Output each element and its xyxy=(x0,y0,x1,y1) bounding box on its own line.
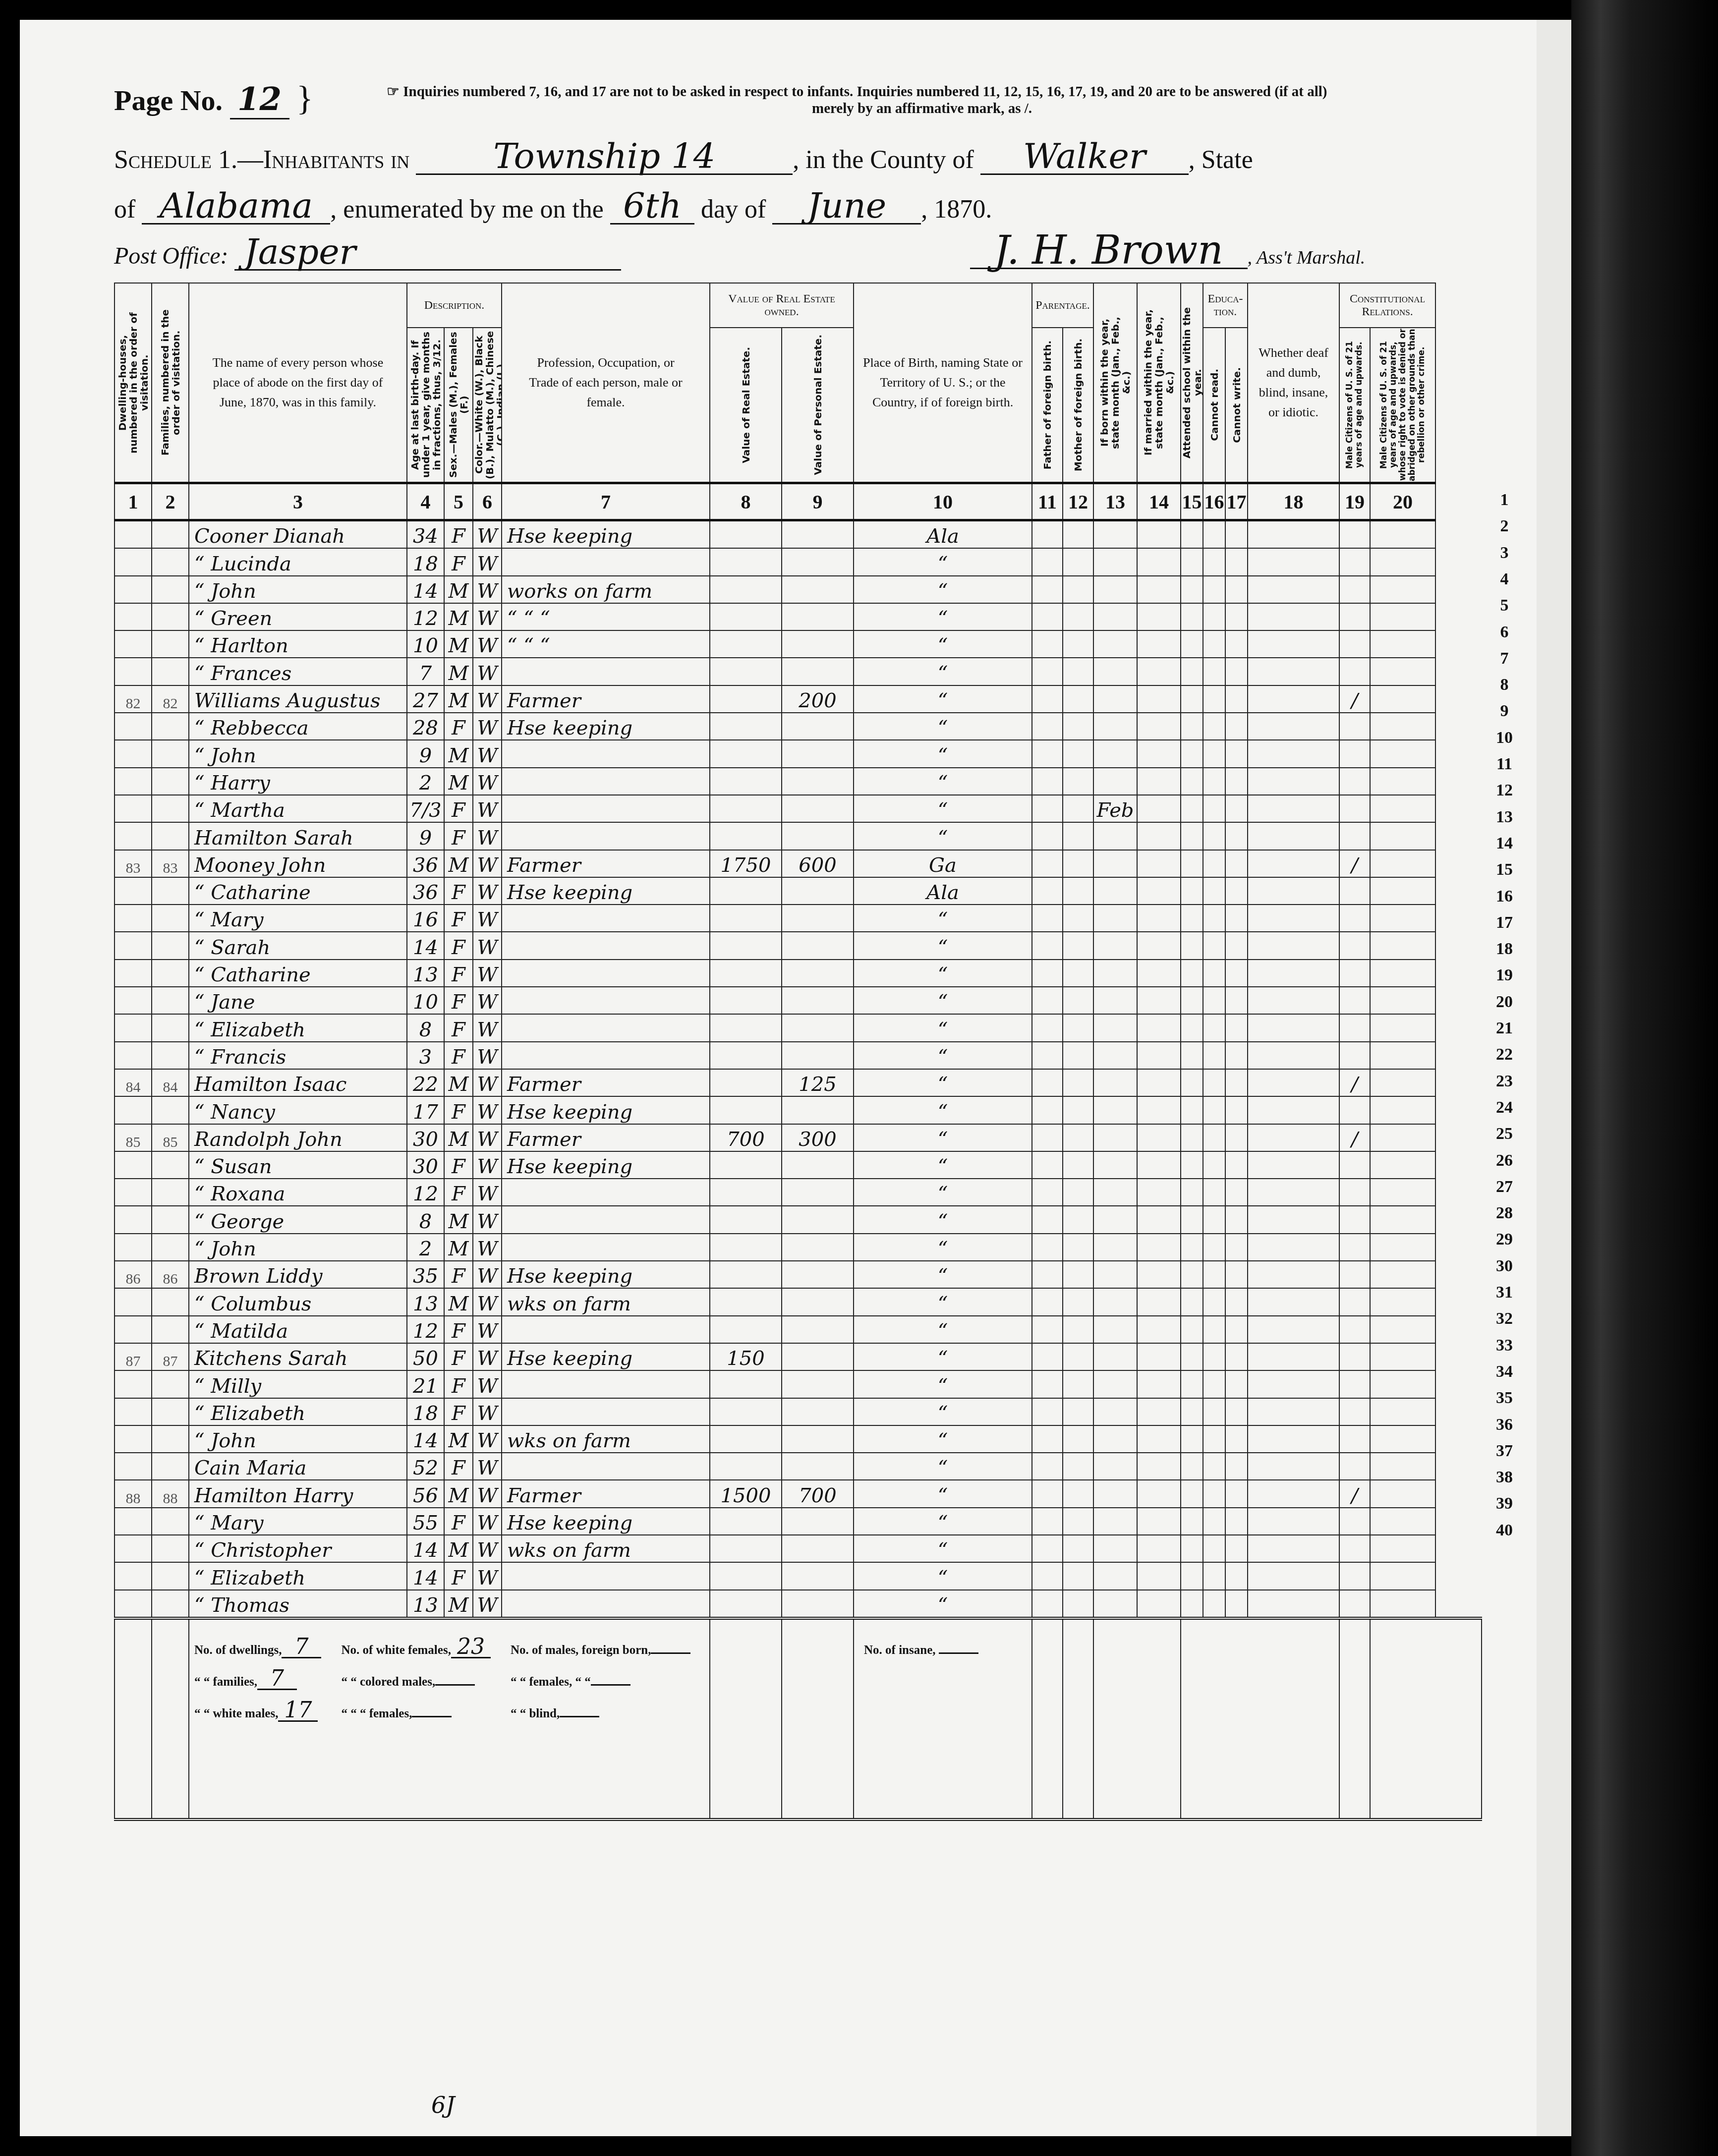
occupation: wks on farm xyxy=(502,1535,710,1562)
cannot-write xyxy=(1225,877,1248,905)
colored-females-label: “ “ “ females, xyxy=(341,1707,412,1720)
personal-estate-value: 700 xyxy=(782,1480,854,1507)
father-foreign xyxy=(1032,1425,1063,1453)
real-estate-value xyxy=(710,1535,782,1562)
married-month xyxy=(1137,987,1181,1014)
sex: F xyxy=(444,1096,473,1124)
person-name: “ Sarah xyxy=(189,932,407,959)
occupation: Hse keeping xyxy=(502,713,710,740)
person-name: “ John xyxy=(189,1234,407,1261)
birthplace: “ xyxy=(854,1398,1032,1425)
father-foreign xyxy=(1032,795,1063,822)
age: 36 xyxy=(407,877,444,905)
occupation xyxy=(502,1014,710,1041)
birthplace: “ xyxy=(854,1206,1032,1233)
father-foreign xyxy=(1032,1562,1063,1589)
sex: M xyxy=(444,685,473,713)
person-name: “ Harlton xyxy=(189,630,407,658)
col-num: 16 xyxy=(1203,483,1225,520)
personal-estate-value xyxy=(782,1261,854,1288)
dwelling-number xyxy=(115,1535,152,1562)
family-number xyxy=(152,713,189,740)
father-foreign xyxy=(1032,1535,1063,1562)
real-estate-value xyxy=(710,822,782,850)
vote-denied xyxy=(1370,1425,1435,1453)
table-row: Cain Maria52FW“ xyxy=(115,1453,1482,1480)
father-foreign xyxy=(1032,1042,1063,1069)
dwelling-number xyxy=(115,1288,152,1315)
male-citizen-21: / xyxy=(1339,850,1370,877)
table-row: “ Matilda12FW“ xyxy=(115,1316,1482,1343)
table-row: “ Harlton10MW“ “ ““ xyxy=(115,630,1482,658)
county-field: Walker xyxy=(980,139,1189,175)
age: 2 xyxy=(407,1234,444,1261)
real-estate-value xyxy=(710,795,782,822)
post-office-label: Post Office: xyxy=(114,243,229,269)
cannot-read xyxy=(1203,740,1225,767)
born-month xyxy=(1093,1398,1137,1425)
dwelling-number: 88 xyxy=(115,1480,152,1507)
subdivision-field: Township 14 xyxy=(416,139,793,175)
sex: M xyxy=(444,740,473,767)
person-name: Kitchens Sarah xyxy=(189,1343,407,1370)
person-name: Cooner Dianah xyxy=(189,520,407,549)
attended-school xyxy=(1181,1124,1203,1151)
line-number: 15 xyxy=(1489,860,1519,879)
cannot-write xyxy=(1225,1425,1248,1453)
dwelling-number xyxy=(115,822,152,850)
cannot-read xyxy=(1203,1234,1225,1261)
cannot-write xyxy=(1225,1590,1248,1618)
line-number: 35 xyxy=(1489,1389,1519,1408)
family-number xyxy=(152,740,189,767)
deaf-blind-insane xyxy=(1248,1124,1339,1151)
age: 14 xyxy=(407,1425,444,1453)
person-name: “ Mary xyxy=(189,905,407,932)
attended-school xyxy=(1181,520,1203,549)
family-number xyxy=(152,1096,189,1124)
married-month xyxy=(1137,1206,1181,1233)
state-label: , State xyxy=(1189,146,1253,174)
male-citizen-21 xyxy=(1339,1206,1370,1233)
birthplace: “ xyxy=(854,576,1032,603)
dwelling-number xyxy=(115,1562,152,1589)
family-number xyxy=(152,1014,189,1041)
male-citizen-21: / xyxy=(1339,1480,1370,1507)
marshal-label: , Ass't Marshal. xyxy=(1248,247,1366,268)
mother-foreign xyxy=(1063,1453,1093,1480)
deaf-blind-insane xyxy=(1248,1261,1339,1288)
mother-foreign xyxy=(1063,1261,1093,1288)
person-name: “ Elizabeth xyxy=(189,1014,407,1041)
footer-mark: 6J xyxy=(431,2092,455,2118)
birthplace: “ xyxy=(854,740,1032,767)
real-estate-value xyxy=(710,1042,782,1069)
cannot-write xyxy=(1225,932,1248,959)
cannot-read xyxy=(1203,1069,1225,1096)
personal-estate-value xyxy=(782,1042,854,1069)
real-estate-value xyxy=(710,1014,782,1041)
blind-value xyxy=(560,1716,599,1717)
attended-school xyxy=(1181,822,1203,850)
person-name: “ George xyxy=(189,1206,407,1233)
vote-denied xyxy=(1370,932,1435,959)
summary-col-b: No. of white females,23 “ “ colored male… xyxy=(341,1635,490,1730)
cannot-read xyxy=(1203,685,1225,713)
dwelling-number xyxy=(115,987,152,1014)
cannot-read xyxy=(1203,960,1225,987)
personal-estate-value xyxy=(782,768,854,795)
dwelling-number xyxy=(115,768,152,795)
inquiry-note: ☞ Inquiries numbered 7, 16, and 17 are n… xyxy=(387,83,1507,117)
married-month xyxy=(1137,960,1181,987)
age: 22 xyxy=(407,1069,444,1096)
person-name: “ Elizabeth xyxy=(189,1398,407,1425)
mother-foreign xyxy=(1063,850,1093,877)
deaf-blind-insane xyxy=(1248,1014,1339,1041)
enumerated-label: , enumerated by me on the xyxy=(330,195,604,224)
deaf-blind-insane xyxy=(1248,1069,1339,1096)
married-month xyxy=(1137,1179,1181,1206)
birthplace: Ala xyxy=(854,520,1032,549)
birthplace: “ xyxy=(854,1261,1032,1288)
mother-foreign xyxy=(1063,1069,1093,1096)
male-citizen-21 xyxy=(1339,1288,1370,1315)
col-num: 11 xyxy=(1032,483,1063,520)
deaf-blind-insane xyxy=(1248,548,1339,575)
table-row: Hamilton Sarah9FW“ xyxy=(115,822,1482,850)
color: W xyxy=(473,713,502,740)
page-edge xyxy=(1537,20,1571,2136)
table-row: 8383Mooney John36MWFarmer1750600Ga/ xyxy=(115,850,1482,877)
cannot-write xyxy=(1225,905,1248,932)
summary-blank xyxy=(1339,1618,1370,1819)
table-row: “ Thomas13MW“ xyxy=(115,1590,1482,1618)
occupation: Farmer xyxy=(502,685,710,713)
attended-school xyxy=(1181,905,1203,932)
vote-denied xyxy=(1370,1453,1435,1480)
table-row: “ Sarah14FW“ xyxy=(115,932,1482,959)
real-estate-value: 700 xyxy=(710,1124,782,1151)
dwelling-number xyxy=(115,1316,152,1343)
dwelling-number: 83 xyxy=(115,850,152,877)
personal-estate-value xyxy=(782,1096,854,1124)
cannot-write xyxy=(1225,1480,1248,1507)
line-number: 28 xyxy=(1489,1204,1519,1223)
color: W xyxy=(473,1042,502,1069)
real-estate-value xyxy=(710,658,782,685)
person-name: “ John xyxy=(189,1425,407,1453)
color: W xyxy=(473,768,502,795)
color: W xyxy=(473,685,502,713)
dwelling-number: 84 xyxy=(115,1069,152,1096)
col-num: 4 xyxy=(407,483,444,520)
male-citizen-21 xyxy=(1339,1370,1370,1398)
born-month xyxy=(1093,1508,1137,1535)
male-citizen-21 xyxy=(1339,1261,1370,1288)
birthplace: “ xyxy=(854,795,1032,822)
occupation: “ “ “ xyxy=(502,630,710,658)
line-number: 11 xyxy=(1489,755,1519,774)
sex: M xyxy=(444,1069,473,1096)
colored-females-value xyxy=(412,1716,452,1717)
color: W xyxy=(473,1590,502,1618)
line-number: 30 xyxy=(1489,1257,1519,1276)
age: 12 xyxy=(407,1316,444,1343)
line-number: 19 xyxy=(1489,966,1519,985)
sex: F xyxy=(444,960,473,987)
cannot-write xyxy=(1225,1124,1248,1151)
person-name: “ Thomas xyxy=(189,1590,407,1618)
color: W xyxy=(473,520,502,549)
line-number: 38 xyxy=(1489,1468,1519,1487)
dwelling-number xyxy=(115,1370,152,1398)
cannot-write xyxy=(1225,1206,1248,1233)
personal-estate-value: 300 xyxy=(782,1124,854,1151)
personal-estate-value xyxy=(782,1343,854,1370)
married-month xyxy=(1137,713,1181,740)
father-foreign xyxy=(1032,850,1063,877)
born-month xyxy=(1093,1069,1137,1096)
sex: F xyxy=(444,1398,473,1425)
personal-estate-value xyxy=(782,905,854,932)
age: 7/3 xyxy=(407,795,444,822)
line-number: 39 xyxy=(1489,1494,1519,1513)
sex: F xyxy=(444,1151,473,1179)
birthplace: “ xyxy=(854,1480,1032,1507)
age: 10 xyxy=(407,987,444,1014)
family-number xyxy=(152,520,189,549)
real-estate-value xyxy=(710,987,782,1014)
cannot-read xyxy=(1203,520,1225,549)
occupation: wks on farm xyxy=(502,1425,710,1453)
dwellings-value: 7 xyxy=(282,1637,321,1658)
vote-denied xyxy=(1370,1042,1435,1069)
father-foreign xyxy=(1032,1316,1063,1343)
male-citizen-21 xyxy=(1339,603,1370,630)
line-number: 5 xyxy=(1489,596,1519,615)
person-name: “ Catharine xyxy=(189,960,407,987)
line-number: 32 xyxy=(1489,1309,1519,1328)
personal-estate-value xyxy=(782,1508,854,1535)
personal-estate-value xyxy=(782,960,854,987)
deaf-blind-insane xyxy=(1248,1234,1339,1261)
father-foreign xyxy=(1032,960,1063,987)
attended-school xyxy=(1181,1261,1203,1288)
vote-denied xyxy=(1370,1288,1435,1315)
vote-denied xyxy=(1370,1590,1435,1618)
sex: F xyxy=(444,713,473,740)
col-header-11: Father of foreign birth. xyxy=(1032,328,1063,483)
dwelling-number: 86 xyxy=(115,1261,152,1288)
family-number xyxy=(152,905,189,932)
vote-denied xyxy=(1370,1508,1435,1535)
cannot-read xyxy=(1203,630,1225,658)
real-estate-value xyxy=(710,1234,782,1261)
occupation xyxy=(502,1590,710,1618)
dwelling-number xyxy=(115,1398,152,1425)
born-month xyxy=(1093,960,1137,987)
mother-foreign xyxy=(1063,932,1093,959)
cannot-write xyxy=(1225,1261,1248,1288)
occupation xyxy=(502,960,710,987)
father-foreign xyxy=(1032,1096,1063,1124)
family-number xyxy=(152,1042,189,1069)
cannot-read xyxy=(1203,850,1225,877)
birthplace: “ xyxy=(854,630,1032,658)
col-header-7: Profession, Occupation, or Trade of each… xyxy=(502,283,710,483)
birthplace: “ xyxy=(854,548,1032,575)
color: W xyxy=(473,1151,502,1179)
cannot-write xyxy=(1225,713,1248,740)
married-month xyxy=(1137,520,1181,549)
attended-school xyxy=(1181,1535,1203,1562)
real-estate-value xyxy=(710,1206,782,1233)
sex: M xyxy=(444,1206,473,1233)
attended-school xyxy=(1181,877,1203,905)
cannot-read xyxy=(1203,1288,1225,1315)
born-month xyxy=(1093,1316,1137,1343)
born-month xyxy=(1093,1124,1137,1151)
real-estate-value xyxy=(710,548,782,575)
sex: F xyxy=(444,1370,473,1398)
family-number xyxy=(152,1590,189,1618)
born-month xyxy=(1093,905,1137,932)
married-month xyxy=(1137,932,1181,959)
birthplace: “ xyxy=(854,905,1032,932)
line-number: 27 xyxy=(1489,1178,1519,1196)
cannot-read xyxy=(1203,795,1225,822)
col-header-8: Value of Real Estate. xyxy=(710,328,782,483)
person-name: Hamilton Isaac xyxy=(189,1069,407,1096)
table-row: “ Harry2MW“ xyxy=(115,768,1482,795)
cannot-write xyxy=(1225,987,1248,1014)
occupation: works on farm xyxy=(502,576,710,603)
father-foreign xyxy=(1032,1480,1063,1507)
page-header: Page No. 12 } ☞ Inquiries numbered 7, 16… xyxy=(20,20,1537,268)
family-number: 83 xyxy=(152,850,189,877)
age: 9 xyxy=(407,822,444,850)
line-number: 16 xyxy=(1489,887,1519,906)
summary-blank xyxy=(152,1618,189,1819)
attended-school xyxy=(1181,576,1203,603)
male-citizen-21 xyxy=(1339,1453,1370,1480)
personal-estate-value xyxy=(782,1179,854,1206)
personal-estate-value xyxy=(782,1535,854,1562)
table-body: 1 2 3 4 5 6 7 8 9 10 11 12 13 14 15 16 1… xyxy=(115,483,1482,1618)
born-month xyxy=(1093,576,1137,603)
attended-school xyxy=(1181,658,1203,685)
attended-school xyxy=(1181,1014,1203,1041)
cannot-write xyxy=(1225,768,1248,795)
birthplace: “ xyxy=(854,1124,1032,1151)
real-estate-value xyxy=(710,685,782,713)
father-foreign xyxy=(1032,932,1063,959)
attended-school xyxy=(1181,1425,1203,1453)
inquiry-note-line1: Inquiries numbered 7, 16, and 17 are not… xyxy=(403,84,1327,100)
cannot-read xyxy=(1203,603,1225,630)
married-month xyxy=(1137,822,1181,850)
mother-foreign xyxy=(1063,905,1093,932)
born-month xyxy=(1093,1425,1137,1453)
line-number: 17 xyxy=(1489,913,1519,932)
mother-foreign xyxy=(1063,1014,1093,1041)
vote-denied xyxy=(1370,1480,1435,1507)
color: W xyxy=(473,1014,502,1041)
attended-school xyxy=(1181,1288,1203,1315)
born-month xyxy=(1093,1096,1137,1124)
cannot-read xyxy=(1203,576,1225,603)
summary-blank xyxy=(1093,1618,1181,1819)
column-number-row: 1 2 3 4 5 6 7 8 9 10 11 12 13 14 15 16 1… xyxy=(115,483,1482,520)
birthplace: “ xyxy=(854,1069,1032,1096)
line-number: 3 xyxy=(1489,544,1519,563)
attended-school xyxy=(1181,713,1203,740)
born-month xyxy=(1093,1480,1137,1507)
post-office-field: Jasper xyxy=(234,234,621,271)
family-number xyxy=(152,795,189,822)
family-number xyxy=(152,1288,189,1315)
real-estate-value xyxy=(710,1453,782,1480)
vote-denied xyxy=(1370,1343,1435,1370)
cannot-read xyxy=(1203,1316,1225,1343)
attended-school xyxy=(1181,1316,1203,1343)
sex: F xyxy=(444,1042,473,1069)
mother-foreign xyxy=(1063,1343,1093,1370)
deaf-blind-insane xyxy=(1248,850,1339,877)
occupation: Hse keeping xyxy=(502,1261,710,1288)
father-foreign xyxy=(1032,768,1063,795)
table-row: “ Mary16FW“ xyxy=(115,905,1482,932)
deaf-blind-insane xyxy=(1248,768,1339,795)
age: 50 xyxy=(407,1343,444,1370)
col-num: 8 xyxy=(710,483,782,520)
personal-estate-value xyxy=(782,576,854,603)
age: 8 xyxy=(407,1206,444,1233)
born-month xyxy=(1093,548,1137,575)
birthplace: “ xyxy=(854,1234,1032,1261)
attended-school xyxy=(1181,603,1203,630)
vote-denied xyxy=(1370,1261,1435,1288)
table-row: “ Green12MW“ “ ““ xyxy=(115,603,1482,630)
married-month xyxy=(1137,1562,1181,1589)
real-estate-value xyxy=(710,768,782,795)
vote-denied xyxy=(1370,960,1435,987)
occupation: Farmer xyxy=(502,1480,710,1507)
summary-section: No. of dwellings,7 “ “ families,7 “ “ wh… xyxy=(115,1618,1482,1819)
married-month xyxy=(1137,603,1181,630)
male-citizen-21 xyxy=(1339,987,1370,1014)
personal-estate-value xyxy=(782,1590,854,1618)
line-number: 33 xyxy=(1489,1336,1519,1355)
personal-estate-value xyxy=(782,1151,854,1179)
birthplace: “ xyxy=(854,1343,1032,1370)
occupation: Farmer xyxy=(502,850,710,877)
dwelling-number xyxy=(115,713,152,740)
sex: M xyxy=(444,576,473,603)
age: 35 xyxy=(407,1261,444,1288)
line-number: 12 xyxy=(1489,781,1519,800)
cannot-read xyxy=(1203,768,1225,795)
person-name: “ Jane xyxy=(189,987,407,1014)
color: W xyxy=(473,1316,502,1343)
mother-foreign xyxy=(1063,1480,1093,1507)
mother-foreign xyxy=(1063,877,1093,905)
sex: M xyxy=(444,768,473,795)
birthplace: Ala xyxy=(854,877,1032,905)
cannot-read xyxy=(1203,1535,1225,1562)
marshal-signature: J. H. Brown xyxy=(970,233,1248,269)
